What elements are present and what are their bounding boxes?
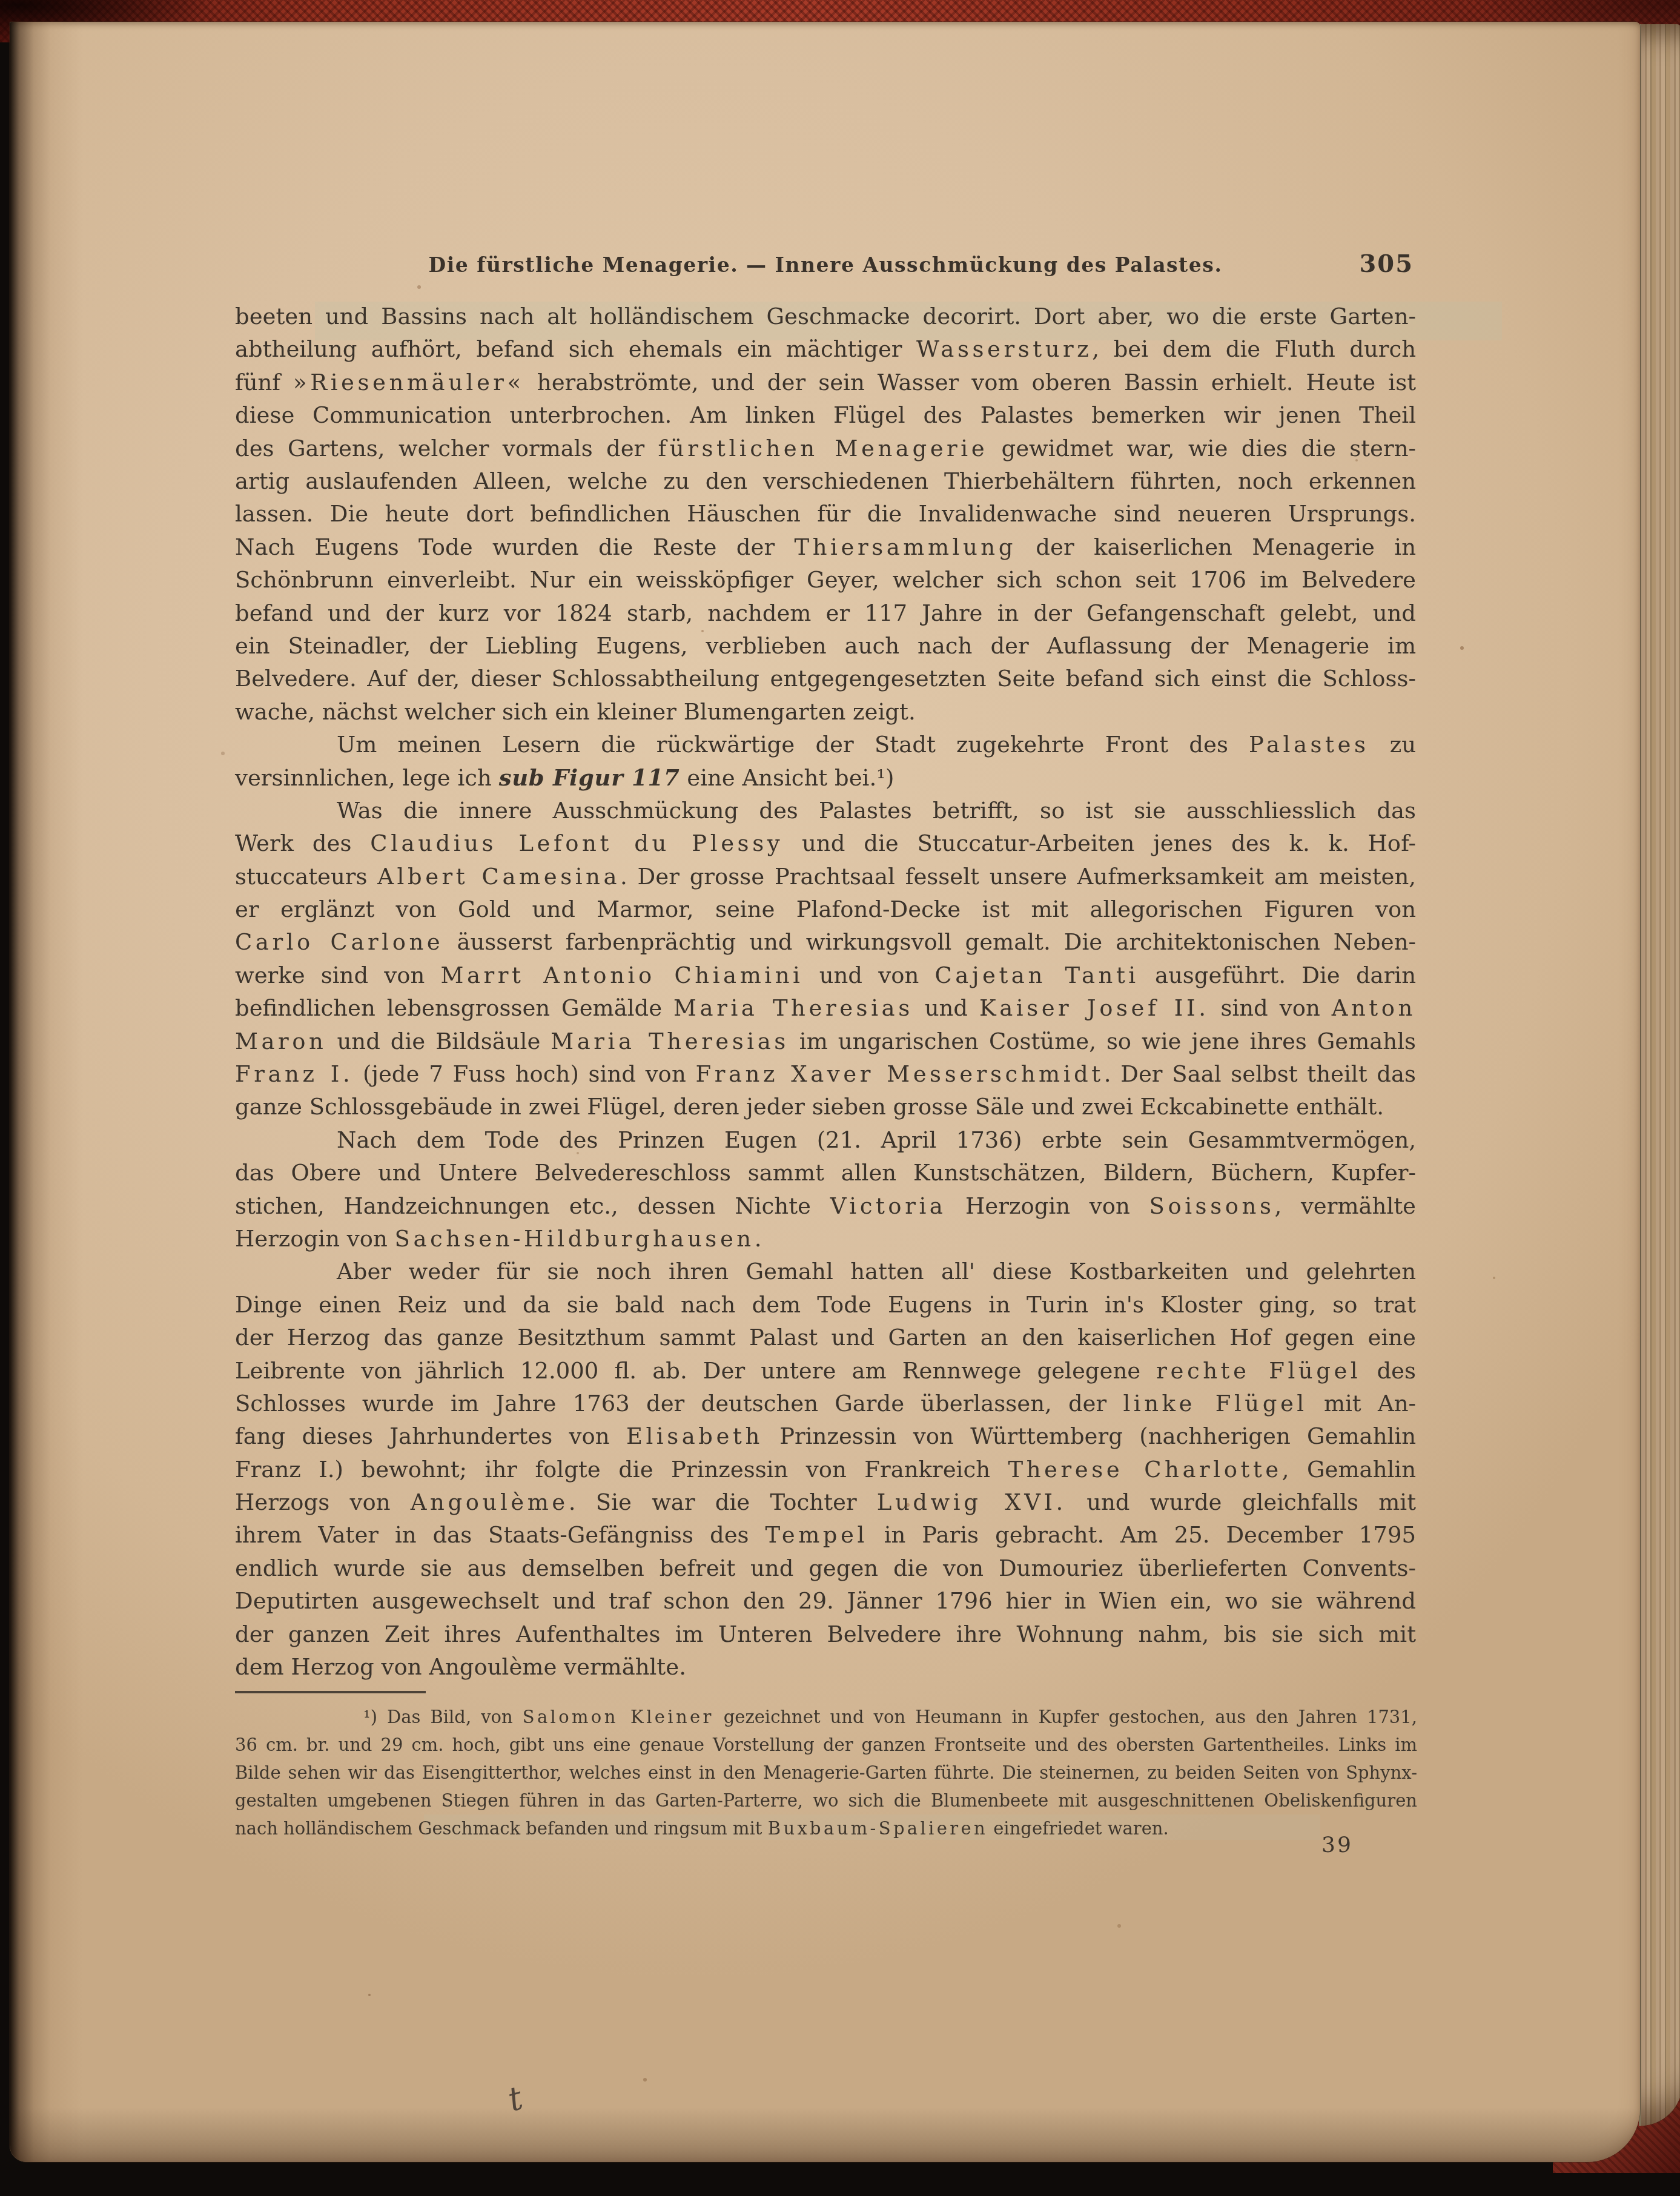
text-line: ihrem Vater in das Staats-Gefängniss des… (235, 1519, 1416, 1552)
text-line: Deputirten ausgewechselt und traf schon … (235, 1585, 1416, 1618)
text-line: diese Communication unterbrochen. Am lin… (235, 399, 1416, 432)
letterspaced-name: Claudius Lefont du Plessy (370, 830, 783, 856)
letterspaced-name: Soissons (1149, 1193, 1275, 1219)
text-line: artig auslaufenden Alleen, welche zu den… (235, 465, 1416, 498)
text-line: gestalten umgebenen Stiegen führen in da… (235, 1787, 1417, 1814)
text-line: er erglänzt von Gold und Marmor, seine P… (235, 893, 1416, 926)
text-line: nach holländischem Geschmack befanden un… (235, 1814, 1417, 1842)
letterspaced-name: Marrt Antonio Chiamini (441, 962, 804, 988)
page-bottom-shade (10, 2108, 1640, 2162)
letterspaced-name: Wassersturz (916, 336, 1092, 362)
letterspaced-name: Carlo Carlone (235, 929, 443, 955)
text-line: wache, nächst welcher sich ein kleiner B… (235, 696, 1416, 729)
letterspaced-name: Ludwig XVI. (877, 1489, 1067, 1515)
text-line: ¹) Das Bild, von Salomon Kleiner gezeich… (235, 1703, 1417, 1731)
text-line: fünf »Riesenmäuler« herabströmte, und de… (235, 366, 1416, 399)
text-line: Schönbrunn einverleibt. Nur ein weissköp… (235, 564, 1416, 597)
letterspaced-name: Albert Camesina (377, 864, 620, 890)
letterspaced-name: fürstlichen Menagerie (658, 435, 988, 461)
gutter-shadow (10, 22, 82, 2162)
text-line: Werk des Claudius Lefont du Plessy und d… (235, 827, 1416, 860)
text-line: versinnlichen, lege ich sub Figur 117 ei… (235, 761, 1416, 794)
footnote-text: ¹) Das Bild, von Salomon Kleiner gezeich… (235, 1703, 1417, 1842)
body-text: beeten und Bassins nach alt holländische… (235, 300, 1416, 1684)
text-line: dem Herzog von Angoulème vermählte. (235, 1651, 1416, 1684)
text-line: Bilde sehen wir das Eisengitterthor, wel… (235, 1759, 1417, 1787)
text-line: Franz I.) bewohnt; ihr folgte die Prinze… (235, 1454, 1416, 1486)
text-line: Nach dem Tode des Prinzen Eugen (21. Apr… (235, 1124, 1416, 1157)
running-title: Die fürstliche Menagerie. — Innere Aussc… (235, 253, 1416, 277)
letterspaced-name: »Riesenmäuler« (293, 369, 524, 395)
text-line: ganze Schlossgebäude in zwei Flügel, der… (235, 1091, 1416, 1123)
text-line: abtheilung aufhört, befand sich ehemals … (235, 333, 1416, 366)
text-line: Franz I. (jede 7 Fuss hoch) sind von Fra… (235, 1058, 1416, 1091)
text-line: Carlo Carlone äusserst farbenprächtig un… (235, 926, 1416, 959)
emphasized-text: sub Figur 117 (499, 764, 680, 791)
page-header: Die fürstliche Menagerie. — Innere Aussc… (235, 253, 1416, 285)
paper-specks (0, 0, 2, 2)
text-line: befindlichen lebensgrossen Gemälde Maria… (235, 992, 1416, 1025)
letterspaced-name: Elisabeth (626, 1423, 763, 1449)
text-line: lassen. Die heute dort befindlichen Häus… (235, 498, 1416, 531)
text-line: beeten und Bassins nach alt holländische… (235, 300, 1416, 333)
text-line: stuccateurs Albert Camesina. Der grosse … (235, 861, 1416, 893)
text-line: Nach Eugens Tode wurden die Reste der Th… (235, 531, 1416, 564)
text-line: Belvedere. Auf der, dieser Schlossabthei… (235, 663, 1416, 695)
page-number: 305 (1360, 250, 1414, 278)
letterspaced-name: linke Flügel (1123, 1391, 1307, 1417)
text-line: stichen, Handzeichnungen etc., dessen Ni… (235, 1190, 1416, 1223)
text-line: Aber weder für sie noch ihren Gemahl hat… (235, 1255, 1416, 1288)
text-line: Leibrente von jährlich 12.000 fl. ab. De… (235, 1355, 1416, 1387)
letterspaced-name: Therese Charlotte (1008, 1457, 1281, 1483)
letterspaced-name: rechte Flügel (1156, 1358, 1361, 1384)
letterspaced-name: Tempel (765, 1522, 868, 1548)
letterspaced-name: Cajetan Tanti (934, 962, 1139, 988)
text-line: werke sind von Marrt Antonio Chiamini un… (235, 959, 1416, 992)
letterspaced-name: Buxbaum-Spalieren (768, 1818, 988, 1839)
text-line: Was die innere Ausschmückung des Palaste… (235, 795, 1416, 827)
book-fore-edge (1639, 24, 1680, 2126)
text-line: Maron und die Bildsäule Maria Theresias … (235, 1025, 1416, 1058)
letterspaced-name: Anton (1332, 995, 1416, 1021)
footnote-rule (235, 1691, 426, 1693)
letterspaced-name: Maron (235, 1028, 327, 1054)
text-line: 36 cm. br. und 29 cm. hoch, gibt uns ein… (235, 1731, 1417, 1759)
letterspaced-name: Franz Xaver Messerschmidt (695, 1061, 1103, 1087)
text-line: befand und der kurz vor 1824 starb, nach… (235, 597, 1416, 630)
text-line: Um meinen Lesern die rückwärtige der Sta… (235, 729, 1416, 761)
text-line: Schlosses wurde im Jahre 1763 der deutsc… (235, 1387, 1416, 1420)
text-line: der ganzen Zeit ihres Aufenthaltes im Un… (235, 1618, 1416, 1651)
text-line: fang dieses Jahrhundertes von Elisabeth … (235, 1420, 1416, 1453)
letterspaced-name: Thiersammlung (794, 534, 1016, 560)
letterspaced-name: Maria Theresias (551, 1028, 789, 1054)
text-line: Dinge einen Reiz und da sie bald nach de… (235, 1289, 1416, 1321)
letterspaced-name: Palastes (1249, 732, 1369, 758)
letterspaced-name: Salomon Kleiner (523, 1707, 714, 1727)
text-line: ein Steinadler, der Liebling Eugens, ver… (235, 630, 1416, 663)
letterspaced-name: Angoulème (411, 1489, 569, 1515)
signature-mark: 39 (1321, 1833, 1353, 1857)
letterspaced-name: Sachsen-Hildburghausen (395, 1226, 755, 1252)
letterspaced-name: Maria Theresias (673, 995, 913, 1021)
letterspaced-name: Franz I. (235, 1061, 353, 1087)
text-line: das Obere und Untere Belvedereschloss sa… (235, 1157, 1416, 1189)
text-line: endlich wurde sie aus demselben befreit … (235, 1552, 1416, 1585)
text-line: des Gartens, welcher vormals der fürstli… (235, 432, 1416, 465)
letterspaced-name: Victoria (830, 1193, 947, 1219)
text-line: der Herzog das ganze Besitzthum sammt Pa… (235, 1321, 1416, 1354)
text-line: Herzogs von Angoulème. Sie war die Tocht… (235, 1486, 1416, 1519)
scan-background: { "document": { "kind": "scanned-book-pa… (0, 0, 1680, 2196)
text-line: Herzogin von Sachsen-Hildburghausen. (235, 1223, 1416, 1255)
letterspaced-name: Kaiser Josef II. (979, 995, 1209, 1021)
